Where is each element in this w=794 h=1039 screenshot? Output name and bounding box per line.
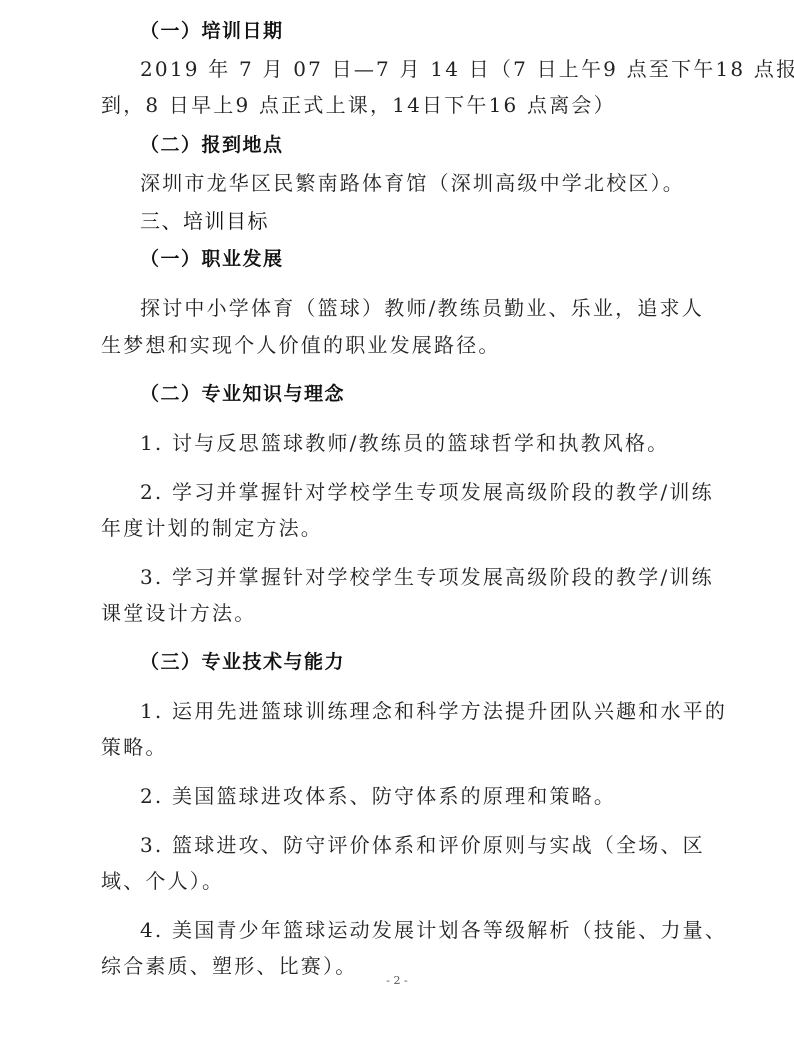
- knowledge-item-1: 1. 讨与反思篮球教师/教练员的篮球哲学和执教风格。: [140, 426, 740, 460]
- subheading-professional-knowledge: （二）专业知识与理念: [140, 377, 740, 411]
- skills-item-3-cont: 域、个人）。: [101, 864, 701, 898]
- knowledge-item-2: 2. 学习并掌握针对学校学生专项发展高级阶段的教学/训练: [140, 475, 740, 509]
- page-number: - 2 -: [0, 974, 794, 987]
- subheading-registration-location: （二）报到地点: [140, 128, 740, 162]
- career-development-text: 探讨中小学体育（篮球）教师/教练员勤业、乐业，追求人: [140, 291, 740, 325]
- career-development-text-cont: 生梦想和实现个人价值的职业发展路径。: [101, 328, 701, 362]
- skills-item-3: 3. 篮球进攻、防守评价体系和评价原则与实战（全场、区: [140, 828, 740, 862]
- skills-item-1: 1. 运用先进篮球训练理念和科学方法提升团队兴趣和水平的: [140, 694, 740, 728]
- knowledge-item-3-cont: 课堂设计方法。: [101, 596, 701, 630]
- knowledge-item-2-cont: 年度计划的制定方法。: [101, 511, 701, 545]
- subheading-professional-skills: （三）专业技术与能力: [140, 645, 740, 679]
- skills-item-4: 4. 美国青少年篮球运动发展计划各等级解析（技能、力量、: [140, 913, 740, 947]
- subheading-training-dates: （一）培训日期: [140, 14, 740, 48]
- skills-item-2: 2. 美国篮球进攻体系、防守体系的原理和策略。: [140, 779, 740, 813]
- document-page: （一）培训日期 2019 年 7 月 07 日—7 月 14 日（7 日上午9 …: [0, 0, 794, 1039]
- training-dates-text: 2019 年 7 月 07 日—7 月 14 日（7 日上午9 点至下午18 点…: [140, 52, 740, 86]
- subheading-career-development: （一）职业发展: [140, 242, 740, 276]
- registration-location-text: 深圳市龙华区民繁南路体育馆（深圳高级中学北校区）。: [140, 166, 740, 200]
- knowledge-item-3: 3. 学习并掌握针对学校学生专项发展高级阶段的教学/训练: [140, 560, 740, 594]
- section-training-goals: 三、培训目标: [140, 204, 740, 238]
- skills-item-1-cont: 策略。: [101, 730, 701, 764]
- training-dates-text-cont: 到，8 日早上9 点正式上课，14日下午16 点离会）: [101, 88, 701, 122]
